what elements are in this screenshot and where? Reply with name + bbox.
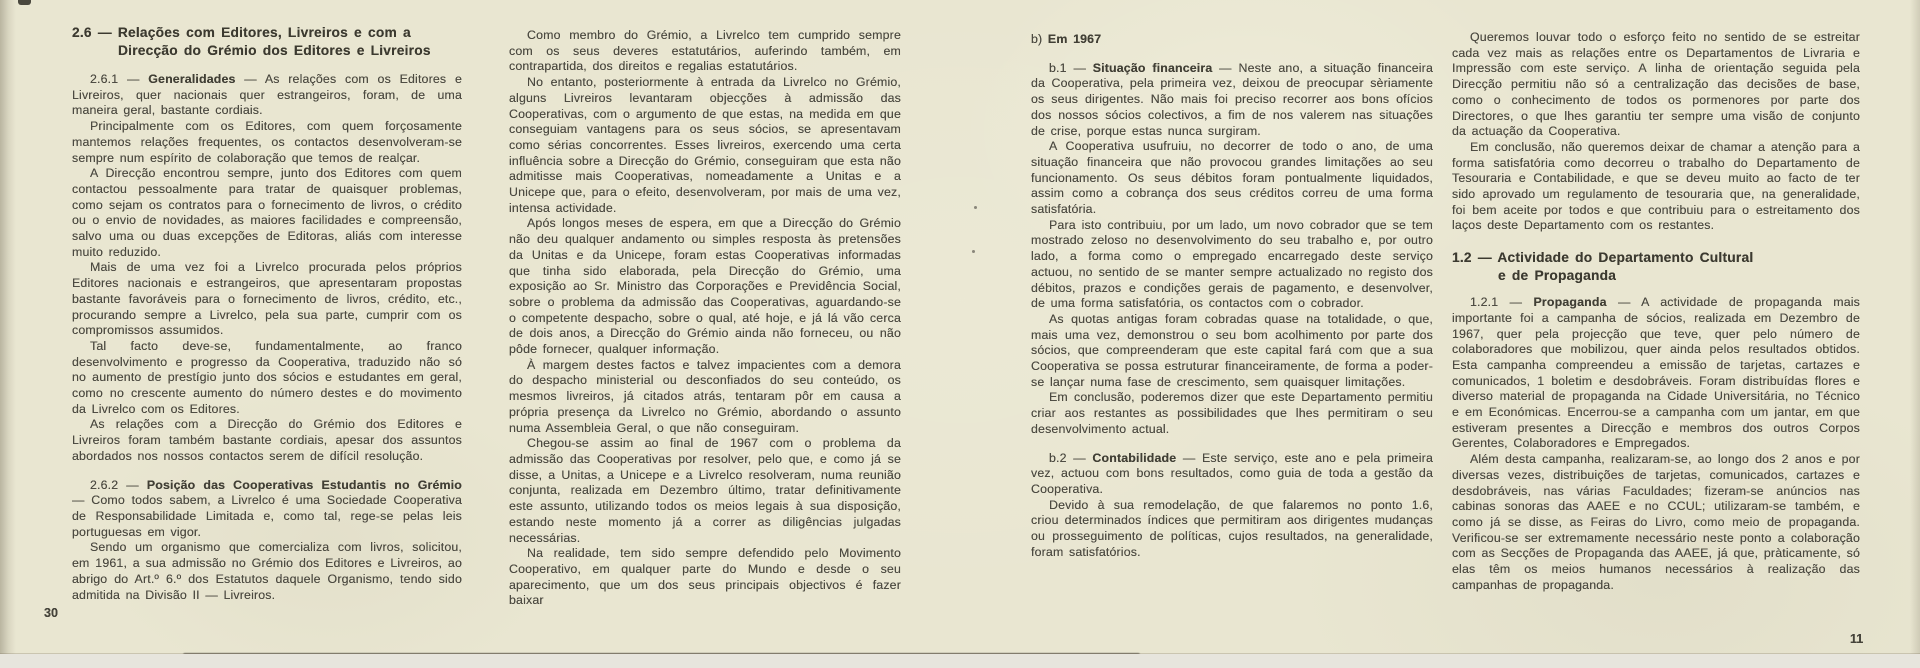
paragraph: A Direcção encontrou sempre, junto dos E…	[72, 166, 462, 260]
text-run: Tal facto deve-se, fundamentalmente, ao …	[72, 339, 462, 416]
right-page-column-2: Queremos louvar todo o esforço feito no …	[1452, 30, 1860, 594]
left-page-column-2: Como membro do Grémio, a Livrelco tem cu…	[509, 28, 901, 609]
paragraph: À margem destes factos e talvez impacien…	[509, 358, 901, 437]
paragraph: Em conclusão, poderemos dizer que este D…	[1031, 390, 1433, 437]
paragraph: Além desta campanha, realizaram-se, ao l…	[1452, 452, 1860, 593]
scan-bottom-margin-strip	[0, 654, 1920, 668]
text-run: b.1 —	[1049, 61, 1093, 75]
paragraph: Sendo um organismo que comercializa com …	[72, 540, 462, 603]
paragraph: b.2 — Contabilidade — Este serviço, este…	[1031, 451, 1433, 498]
paragraph: Para isto contribuiu, por um lado, um no…	[1031, 218, 1433, 312]
page-number-right: 11	[1850, 632, 1863, 646]
right-page-column-1: b) Em 1967b.1 — Situação financeira — Ne…	[1031, 32, 1433, 561]
text-run: 1.2.1 —	[1470, 295, 1534, 309]
text-run: As relações com a Direcção do Grémio dos…	[72, 417, 462, 462]
text-run: A Cooperativa usufruiu, no decorrer de t…	[1031, 139, 1433, 216]
text-run: Após longos meses de espera, em que a Di…	[509, 216, 901, 356]
paragraph: Queremos louvar todo o esforço feito no …	[1452, 30, 1860, 140]
text-run: 2.6.1 —	[90, 72, 148, 86]
text-run: Sendo um organismo que comercializa com …	[72, 540, 462, 601]
paragraph: 1.2.1 — Propaganda — A actividade de pro…	[1452, 295, 1860, 452]
paragraph: Em conclusão, não queremos deixar de cha…	[1452, 140, 1860, 234]
bold-run: Propaganda	[1534, 295, 1607, 309]
paragraph: Chegou-se assim ao final de 1967 com o p…	[509, 436, 901, 546]
section-heading-line: Direcção do Grémio dos Editores e Livrei…	[72, 42, 462, 60]
document-scan: 2.6 — Relações com Editores, Livreiros e…	[0, 0, 1920, 668]
text-run: 2.6.2 —	[90, 478, 147, 492]
paragraph: b) Em 1967	[1031, 32, 1433, 48]
text-run: — A actividade de propaganda mais import…	[1452, 295, 1860, 450]
paragraph: As quotas antigas foram cobradas quase n…	[1031, 312, 1433, 391]
bold-run: Posição das Cooperativas Estudantis no G…	[147, 478, 462, 492]
text-run: b)	[1031, 32, 1048, 46]
text-run: À margem destes factos e talvez impacien…	[509, 358, 901, 435]
text-run: Devido à sua remodelação, de que falarem…	[1031, 498, 1433, 559]
paragraph: 2.6.1 — Generalidades — As relações com …	[72, 72, 462, 119]
text-run: Principalmente com os Editores, com quem…	[72, 119, 462, 164]
text-run: Em conclusão, não queremos deixar de cha…	[1452, 140, 1860, 233]
scan-speck	[972, 250, 975, 253]
text-run: Como membro do Grémio, a Livrelco tem cu…	[509, 28, 901, 73]
paragraph: Tal facto deve-se, fundamentalmente, ao …	[72, 339, 462, 418]
text-run: b.2 —	[1049, 451, 1092, 465]
section-heading: 2.6 — Relações com Editores, Livreiros e…	[72, 24, 462, 59]
text-run: As quotas antigas foram cobradas quase n…	[1031, 312, 1433, 389]
text-run: Chegou-se assim ao final de 1967 com o p…	[509, 436, 901, 544]
paragraph: b.1 — Situação financeira — Neste ano, a…	[1031, 61, 1433, 140]
bold-run: Situação financeira	[1093, 61, 1213, 75]
paragraph: Devido à sua remodelação, de que falarem…	[1031, 498, 1433, 561]
text-run: Mais de uma vez foi a Livrelco procurada…	[72, 260, 462, 337]
bold-run: Em 1967	[1048, 32, 1101, 46]
text-run: No entanto, posteriormente à entrada da …	[509, 75, 901, 215]
scan-corner-mark	[18, 0, 31, 5]
section-heading-line: 1.2 — Actividade do Departamento Cultura…	[1452, 249, 1860, 267]
paragraph: As relações com a Direcção do Grémio dos…	[72, 417, 462, 464]
text-run: A Direcção encontrou sempre, junto dos E…	[72, 166, 462, 259]
section-heading: 1.2 — Actividade do Departamento Cultura…	[1452, 249, 1860, 284]
text-run: Em conclusão, poderemos dizer que este D…	[1031, 390, 1433, 435]
left-page-column-1: 2.6 — Relações com Editores, Livreiros e…	[72, 24, 462, 603]
bold-run: Generalidades	[148, 72, 235, 86]
scan-left-edge-shadow	[0, 0, 16, 668]
section-heading-line: 2.6 — Relações com Editores, Livreiros e…	[72, 24, 462, 42]
scan-right-edge-shadow	[1910, 0, 1920, 668]
scan-speck	[974, 206, 977, 209]
text-run: Na realidade, tem sido sempre defendido …	[509, 546, 901, 607]
paragraph: Como membro do Grémio, a Livrelco tem cu…	[509, 28, 901, 75]
section-heading-line: e de Propaganda	[1452, 267, 1860, 285]
page-number-left: 30	[44, 606, 58, 620]
text-run: Queremos louvar todo o esforço feito no …	[1452, 30, 1860, 138]
paragraph: Principalmente com os Editores, com quem…	[72, 119, 462, 166]
paragraph: Após longos meses de espera, em que a Di…	[509, 216, 901, 357]
paragraph: Na realidade, tem sido sempre defendido …	[509, 546, 901, 609]
paragraph: Mais de uma vez foi a Livrelco procurada…	[72, 260, 462, 339]
bold-run: Contabilidade	[1092, 451, 1176, 465]
text-run: Para isto contribuiu, por um lado, um no…	[1031, 218, 1433, 311]
text-run: Além desta campanha, realizaram-se, ao l…	[1452, 452, 1860, 592]
paragraph: No entanto, posteriormente à entrada da …	[509, 75, 901, 216]
text-run: — Como todos sabem, a Livrelco é uma Soc…	[72, 493, 462, 538]
paragraph: 2.6.2 — Posição das Cooperativas Estudan…	[72, 478, 462, 541]
paragraph: A Cooperativa usufruiu, no decorrer de t…	[1031, 139, 1433, 218]
